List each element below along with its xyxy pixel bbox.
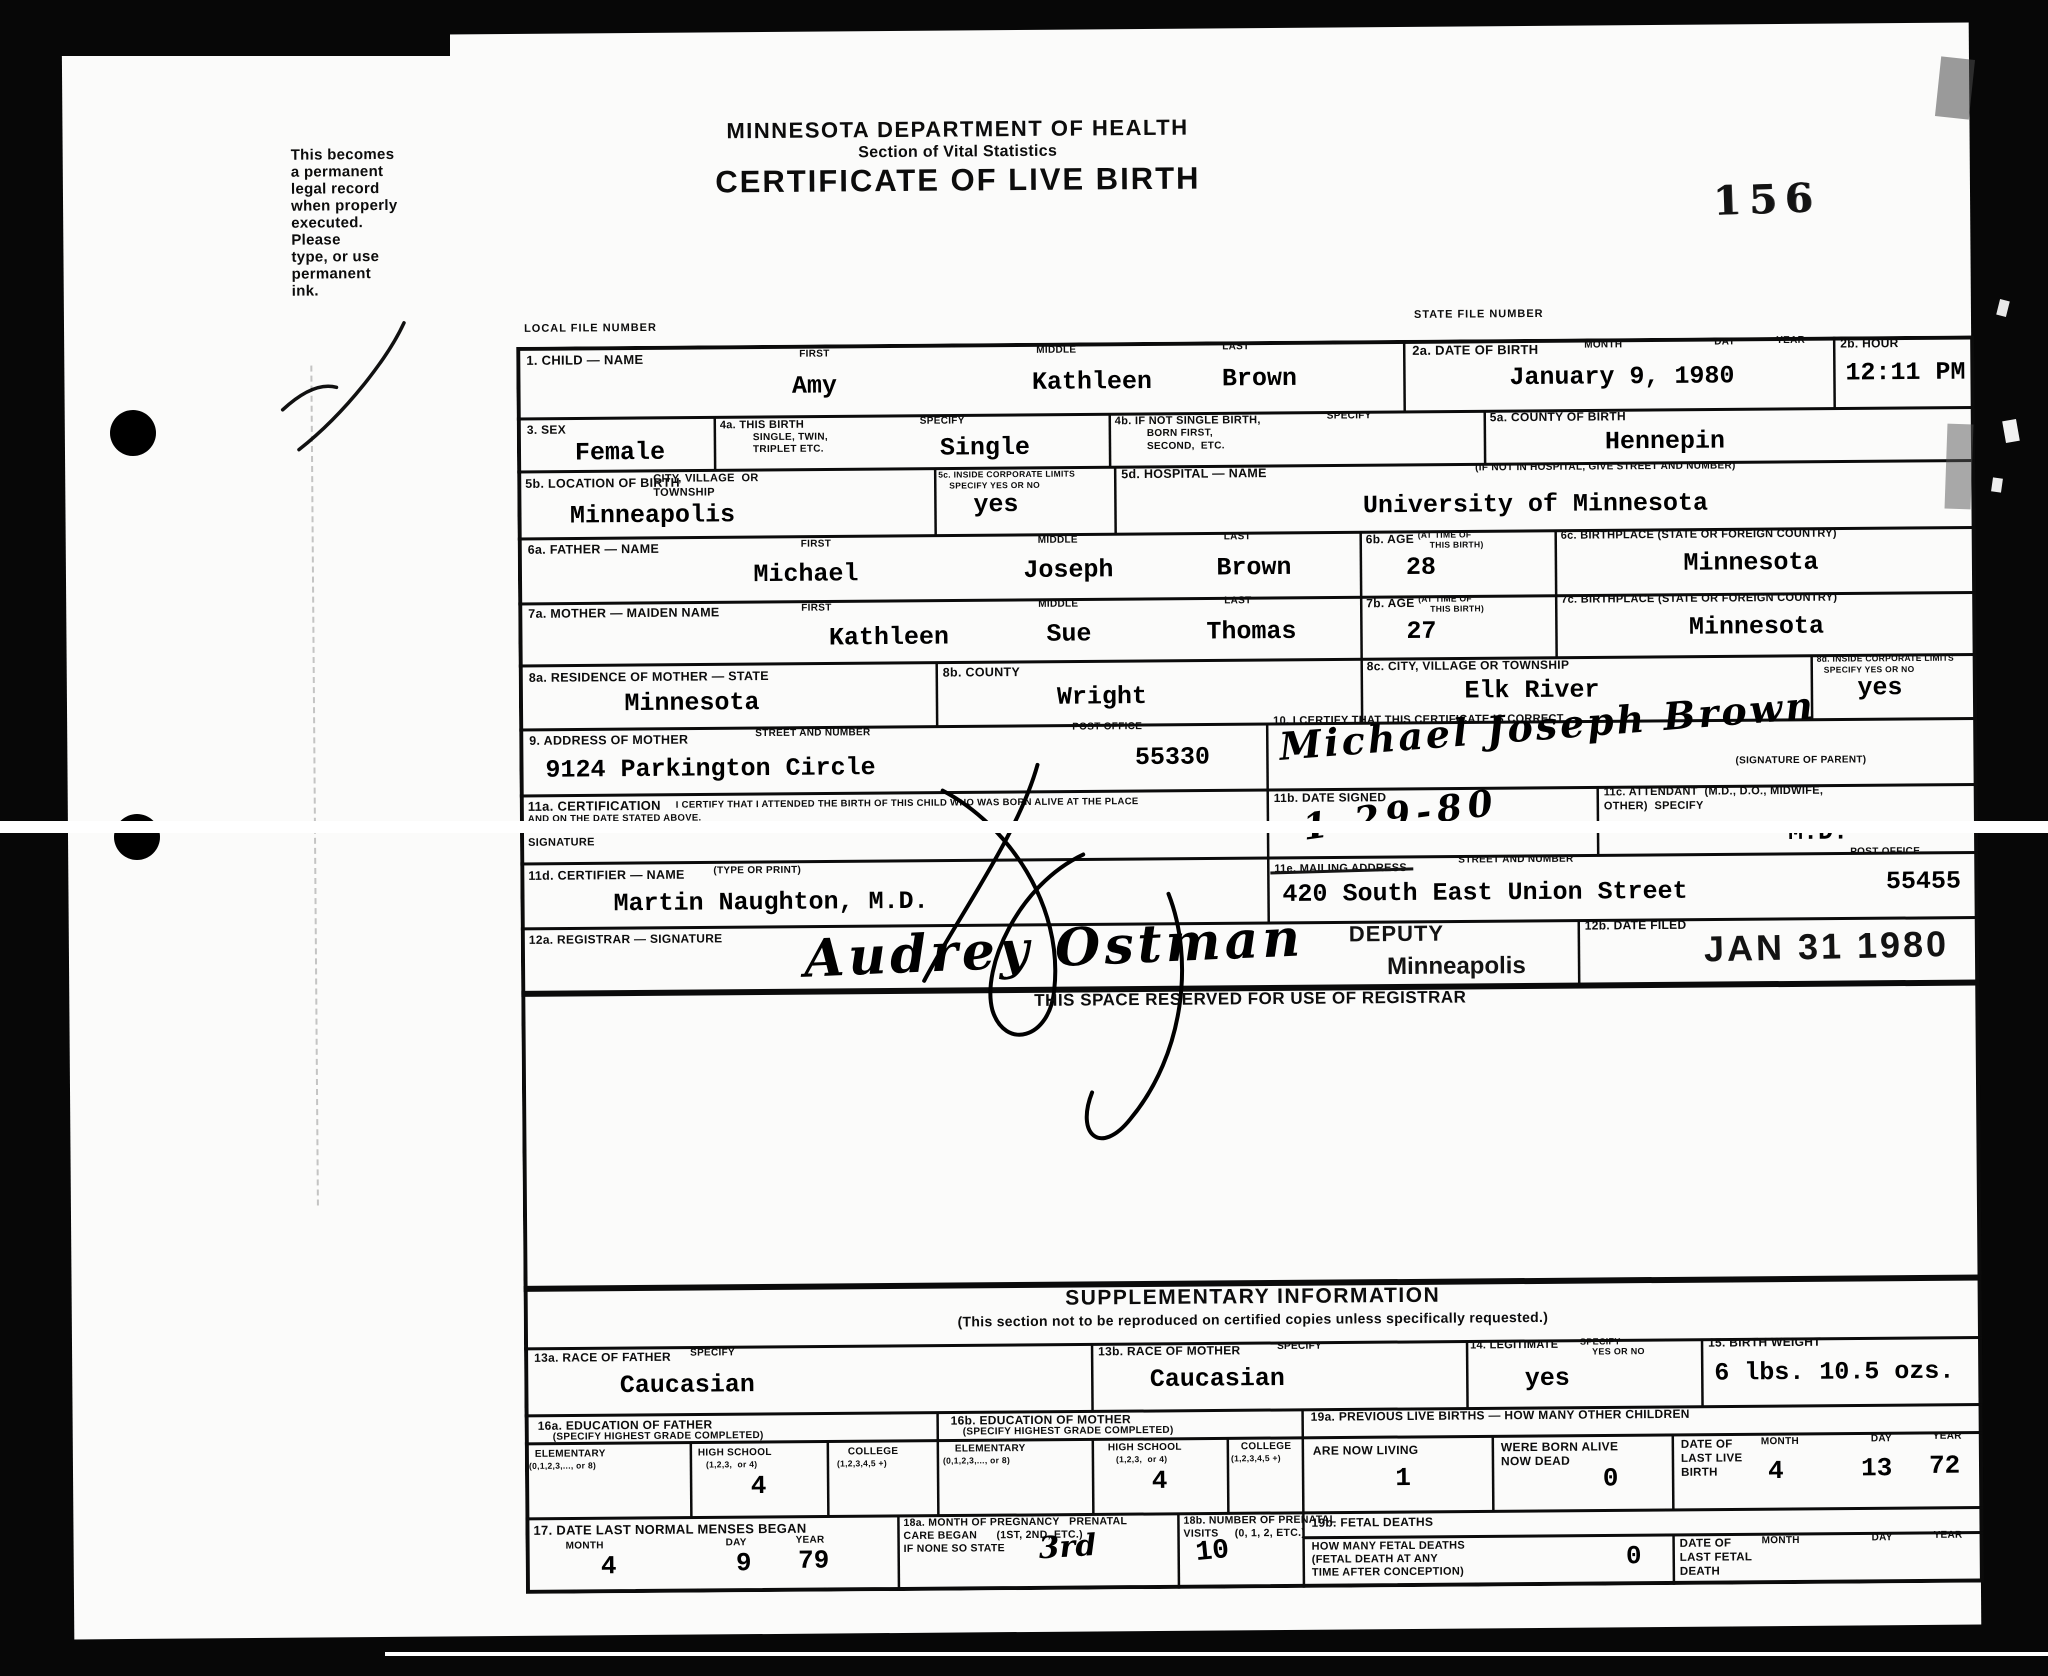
scan-smudge: [1945, 424, 1974, 510]
margin-note-line: legal record: [291, 181, 380, 197]
last-live-birth-month-value: 4: [1768, 1458, 1784, 1484]
residence-state-value: Minnesota: [562, 690, 822, 717]
col-head-last: LAST: [1222, 342, 1249, 352]
attendant-label: 11c. ATTENDANT (M.D., D.O., MIDWIFE,: [1604, 786, 1824, 799]
signature-label: SIGNATURE: [528, 837, 595, 849]
corp-limits-birth-value: yes: [933, 492, 1058, 518]
date-of-birth-value: January 9, 1980: [1449, 363, 1794, 391]
prenatal-month-value: 3rd: [1038, 1531, 1097, 1564]
menses-year-value: 79: [779, 1547, 849, 1574]
fetal-count-value: 0: [1594, 1543, 1674, 1570]
this-birth-sub2: TRIPLET ETC.: [753, 445, 824, 456]
col-head-first: FIRST: [799, 349, 829, 359]
col-head-first: FIRST: [801, 603, 831, 613]
date-of-birth-label: 2a. DATE OF BIRTH: [1412, 343, 1538, 357]
specify-head: SPECIFY: [690, 1348, 735, 1358]
not-single-sub1: BORN FIRST,: [1147, 428, 1213, 439]
margin-note-line: This becomes: [291, 147, 395, 163]
date-last-live-birth-label2: LAST LIVE: [1681, 1453, 1743, 1465]
father-last-value: Brown: [1174, 555, 1334, 581]
county-of-birth-label: 5a. COUNTY OF BIRTH: [1490, 410, 1626, 423]
legitimate-value: yes: [1482, 1365, 1612, 1391]
date-last-fetal-label3: DEATH: [1680, 1567, 1720, 1579]
scan-speck: [1991, 477, 2003, 492]
signature-of-parent-sub: (SIGNATURE OF PARENT): [1735, 755, 1866, 766]
col-head-year: YEAR: [1776, 336, 1805, 346]
previous-live-births-label: 19a. PREVIOUS LIVE BIRTHS — HOW MANY OTH…: [1311, 1408, 1690, 1423]
menses-day-value: 9: [714, 1550, 774, 1576]
scan-black-corner: [0, 0, 450, 56]
mother-name-label: 7a. MOTHER — MAIDEN NAME: [528, 606, 719, 620]
father-age-sub2: THIS BIRTH): [1430, 540, 1484, 549]
edu-head-elementary-sub: (0,1,2,3,..., or 8): [943, 1456, 1010, 1465]
mailing-street-value: 420 South East Union Street: [1282, 879, 1687, 907]
fetal-deaths-label: 19b. FETAL DEATHS: [1311, 1516, 1433, 1529]
date-last-live-birth-label3: BIRTH: [1681, 1468, 1718, 1480]
last-live-birth-year-value: 72: [1929, 1453, 1960, 1479]
fold-crease: [310, 366, 319, 1206]
this-birth-value: Single: [885, 434, 1085, 461]
margin-note-line: Please: [291, 232, 340, 247]
hole-punch-top: [110, 410, 156, 456]
residence-city-label: 8c. CITY, VILLAGE OR TOWNSHIP: [1367, 659, 1570, 673]
sex-label: 3. SEX: [527, 424, 566, 436]
mother-last-value: Thomas: [1161, 618, 1341, 644]
father-age-value: 28: [1376, 555, 1466, 581]
edu-father-high-value: 4: [691, 1473, 826, 1500]
hour-value: 12:11 PM: [1836, 360, 1974, 386]
this-birth-sub1: SINGLE, TWIN,: [753, 433, 828, 444]
specify-head: SPECIFY: [1277, 1342, 1322, 1352]
race-of-father-label: 13a. RACE OF FATHER: [534, 1351, 671, 1364]
deputy-stamp: DEPUTY: [1349, 923, 1444, 946]
father-name-label: 6a. FATHER — NAME: [528, 543, 659, 557]
col-head-first: FIRST: [801, 539, 831, 549]
certification-label: 11a. CERTIFICATION: [528, 799, 661, 813]
local-file-number-label: LOCAL FILE NUMBER: [524, 323, 657, 335]
date-last-live-birth-label1: DATE OF: [1681, 1439, 1733, 1451]
child-last-value: Brown: [1184, 366, 1334, 392]
corp-limits-birth-label: 5c. INSIDE CORPORATE LIMITS: [938, 470, 1075, 480]
date-last-fetal-label2: LAST FETAL: [1680, 1552, 1753, 1564]
scan-smudge: [1935, 56, 1975, 119]
registrar-signature-label: 12a. REGISTRAR — SIGNATURE: [529, 932, 723, 946]
edu-mother-high-value: 4: [1093, 1467, 1226, 1494]
col-head-day: DAY: [1714, 337, 1735, 347]
margin-note-line: type, or use: [291, 249, 379, 265]
father-age-label: 6b. AGE: [1366, 533, 1414, 545]
sex-value: Female: [540, 440, 700, 466]
prenatal-month-label3: IF NONE SO STATE: [904, 1543, 1005, 1554]
mother-age-sub2: THIS BIRTH): [1430, 604, 1484, 613]
mailing-address-label: 11e. MAILING ADDRESS: [1274, 863, 1407, 875]
mailing-post-value: 55455: [1848, 868, 1998, 894]
not-single-label: 4b. IF NOT SINGLE BIRTH,: [1115, 415, 1261, 427]
child-first-value: Amy: [754, 373, 874, 399]
margin-note-line: a permanent: [291, 164, 384, 180]
edu-head-elementary: ELEMENTARY: [955, 1444, 1026, 1455]
col-head-year: YEAR: [796, 1536, 825, 1546]
fetal-how-label3: TIME AFTER CONCEPTION): [1312, 1567, 1464, 1579]
post-office-head: POST OFFICE: [1850, 847, 1920, 858]
scanned-document-page: { "stamp_number": "156", "margin_note": …: [0, 0, 2048, 1676]
page-title: CERTIFICATE OF LIVE BIRTH: [608, 162, 1308, 198]
father-birthplace-value: Minnesota: [1616, 549, 1886, 576]
corp-limits-birth-sub: SPECIFY YES OR NO: [949, 481, 1040, 490]
certifier-value: Martin Naughton, M.D.: [613, 889, 928, 916]
birth-weight-value: 6 lbs. 10.5 ozs.: [1714, 1359, 1954, 1386]
specify-head: SPECIFY: [1327, 411, 1372, 421]
prenatal-visits-value: 10: [1194, 1537, 1230, 1568]
location-sub1: CITY, VILLAGE OR: [653, 473, 758, 485]
col-head-day: DAY: [1872, 1533, 1893, 1543]
prenatal-month-label: 18a. MONTH OF PREGNANCY PRENATAL: [903, 1516, 1127, 1528]
col-head-middle: MIDDLE: [1038, 600, 1078, 610]
col-head-last: LAST: [1224, 532, 1251, 542]
mother-age-sub1: (AT TIME OF: [1418, 594, 1472, 603]
location-of-birth-value: Minneapolis: [527, 502, 777, 529]
last-live-birth-day-value: 13: [1861, 1455, 1892, 1481]
street-head: STREET AND NUMBER: [1458, 855, 1573, 866]
scan-white-band: [0, 821, 2048, 833]
col-head-middle: MIDDLE: [1038, 536, 1078, 546]
hospital-label: 5d. HOSPITAL — NAME: [1121, 467, 1267, 481]
corp-limits-res-value: yes: [1815, 675, 1945, 701]
col-head-middle: MIDDLE: [1036, 346, 1076, 356]
margin-note-line: permanent: [292, 266, 372, 282]
edu-head-high: HIGH SCHOOL: [698, 1448, 772, 1459]
legitimate-sub1: SPECIFY: [1580, 1337, 1621, 1346]
fetal-how-label2: (FETAL DEATH AT ANY: [1312, 1554, 1438, 1566]
father-middle-value: Joseph: [991, 557, 1146, 583]
col-head-month: MONTH: [1762, 1536, 1800, 1546]
handwritten-checkmark: [276, 317, 427, 463]
date-filed-label: 12b. DATE FILED: [1585, 919, 1687, 932]
margin-note-line: ink.: [292, 284, 319, 299]
hospital-note: (IF NOT IN HOSPITAL, GIVE STREET AND NUM…: [1475, 461, 1735, 473]
mother-age-value: 27: [1376, 618, 1466, 644]
scan-speck: [1996, 299, 2010, 317]
scan-speck: [2002, 419, 2020, 443]
edu-head-college-sub: (1,2,3,4,5 +): [1231, 1454, 1281, 1463]
county-of-birth-value: Hennepin: [1535, 428, 1795, 455]
address-of-mother-label: 9. ADDRESS OF MOTHER: [529, 734, 688, 748]
father-first-value: Michael: [716, 561, 896, 587]
edu-head-elementary-sub: (0,1,2,3,..., or 8): [529, 1461, 596, 1470]
specify-head: SPECIFY: [920, 416, 965, 426]
hospital-value: University of Minnesota: [1215, 489, 1855, 519]
edu-head-high-sub: (1,2,3, or 4): [1116, 1455, 1168, 1464]
col-head-last: LAST: [1224, 596, 1251, 606]
mother-middle-value: Sue: [1016, 621, 1121, 647]
header-section: Section of Vital Statistics: [608, 142, 1308, 163]
certifier-sub: (TYPE OR PRINT): [713, 866, 801, 877]
mother-birthplace-label: 7c. BIRTHPLACE (STATE OR FOREIGN COUNTRY…: [1561, 593, 1837, 606]
state-file-number-label: STATE FILE NUMBER: [1414, 309, 1544, 321]
edu-head-high: HIGH SCHOOL: [1108, 1443, 1182, 1454]
fetal-how-label1: HOW MANY FETAL DEATHS: [1312, 1541, 1465, 1553]
birth-weight-label: 15. BIRTH WEIGHT: [1708, 1336, 1821, 1349]
father-age-sub1: (AT TIME OF: [1418, 530, 1472, 539]
edu-head-college-sub: (1,2,3,4,5 +): [837, 1459, 887, 1468]
are-now-living-value: 1: [1318, 1464, 1488, 1491]
scan-white-line-bottom: [385, 1652, 2048, 1656]
post-office-head: POST OFFICE: [1072, 722, 1142, 733]
father-birthplace-label: 6c. BIRTHPLACE (STATE OR FOREIGN COUNTRY…: [1561, 529, 1837, 542]
location-sub2: TOWNSHIP: [653, 487, 715, 498]
hour-label: 2b. HOUR: [1840, 337, 1898, 349]
certifier-label: 11d. CERTIFIER — NAME: [528, 869, 684, 883]
child-middle-value: Kathleen: [999, 369, 1184, 395]
col-head-month: MONTH: [1584, 340, 1622, 350]
born-alive-now-dead-value: 0: [1553, 1465, 1668, 1492]
col-head-month: MONTH: [1761, 1437, 1799, 1447]
file-number-stamp: 156: [1712, 178, 1821, 222]
education-of-mother-sub: (SPECIFY HIGHEST GRADE COMPLETED): [963, 1426, 1174, 1438]
corp-limits-res-label: 8d. INSIDE CORPORATE LIMITS: [1817, 654, 1954, 664]
street-head: STREET AND NUMBER: [755, 728, 870, 739]
born-alive-now-dead-label: WERE BORN ALIVE: [1501, 1440, 1618, 1453]
attendant-label2: OTHER) SPECIFY: [1604, 801, 1704, 813]
edu-head-high-sub: (1,2,3, or 4): [706, 1460, 758, 1469]
col-head-month: MONTH: [566, 1541, 604, 1551]
col-head-year: YEAR: [1934, 1531, 1963, 1541]
race-of-father-value: Caucasian: [562, 1372, 812, 1399]
date-last-fetal-label1: DATE OF: [1680, 1538, 1732, 1550]
deputy-city-stamp: Minneapolis: [1387, 954, 1526, 979]
edu-head-elementary: ELEMENTARY: [535, 1449, 606, 1460]
col-head-day: DAY: [1871, 1434, 1892, 1444]
are-now-living-label: ARE NOW LIVING: [1313, 1444, 1419, 1457]
mother-birthplace-value: Minnesota: [1621, 613, 1891, 640]
edu-head-college: COLLEGE: [1241, 1442, 1292, 1452]
edu-head-college: COLLEGE: [848, 1447, 899, 1457]
margin-note-line: executed.: [291, 215, 363, 231]
header-agency: MINNESOTA DEPARTMENT OF HEALTH: [607, 116, 1307, 143]
residence-state-label: 8a. RESIDENCE OF MOTHER — STATE: [529, 670, 769, 684]
child-name-label: 1. CHILD — NAME: [526, 353, 643, 367]
menses-label: 17. DATE LAST NORMAL MENSES BEGAN: [533, 1522, 806, 1537]
not-single-sub2: SECOND, ETC.: [1147, 441, 1225, 452]
residence-county-value: Wright: [1002, 684, 1202, 711]
legitimate-label: 14. LEGITIMATE: [1470, 1340, 1558, 1352]
col-head-year: YEAR: [1933, 1432, 1962, 1442]
residence-county-label: 8b. COUNTY: [943, 666, 1020, 679]
race-of-mother-value: Caucasian: [1092, 1365, 1342, 1392]
menses-month-value: 4: [579, 1553, 639, 1579]
race-of-mother-label: 13b. RACE OF MOTHER: [1098, 1344, 1240, 1357]
date-filed-stamp: JAN 31 1980: [1704, 926, 1950, 967]
mother-first-value: Kathleen: [796, 624, 981, 650]
address-street-value: 9124 Parkington Circle: [545, 755, 875, 783]
margin-note-line: when properly: [291, 198, 398, 214]
this-birth-label: 4a. THIS BIRTH: [720, 420, 804, 432]
mother-age-label: 7b. AGE: [1366, 597, 1414, 609]
education-of-father-sub: (SPECIFY HIGHEST GRADE COMPLETED): [553, 1431, 764, 1443]
col-head-day: DAY: [726, 1538, 747, 1548]
legitimate-sub2: YES OR NO: [1592, 1347, 1645, 1356]
